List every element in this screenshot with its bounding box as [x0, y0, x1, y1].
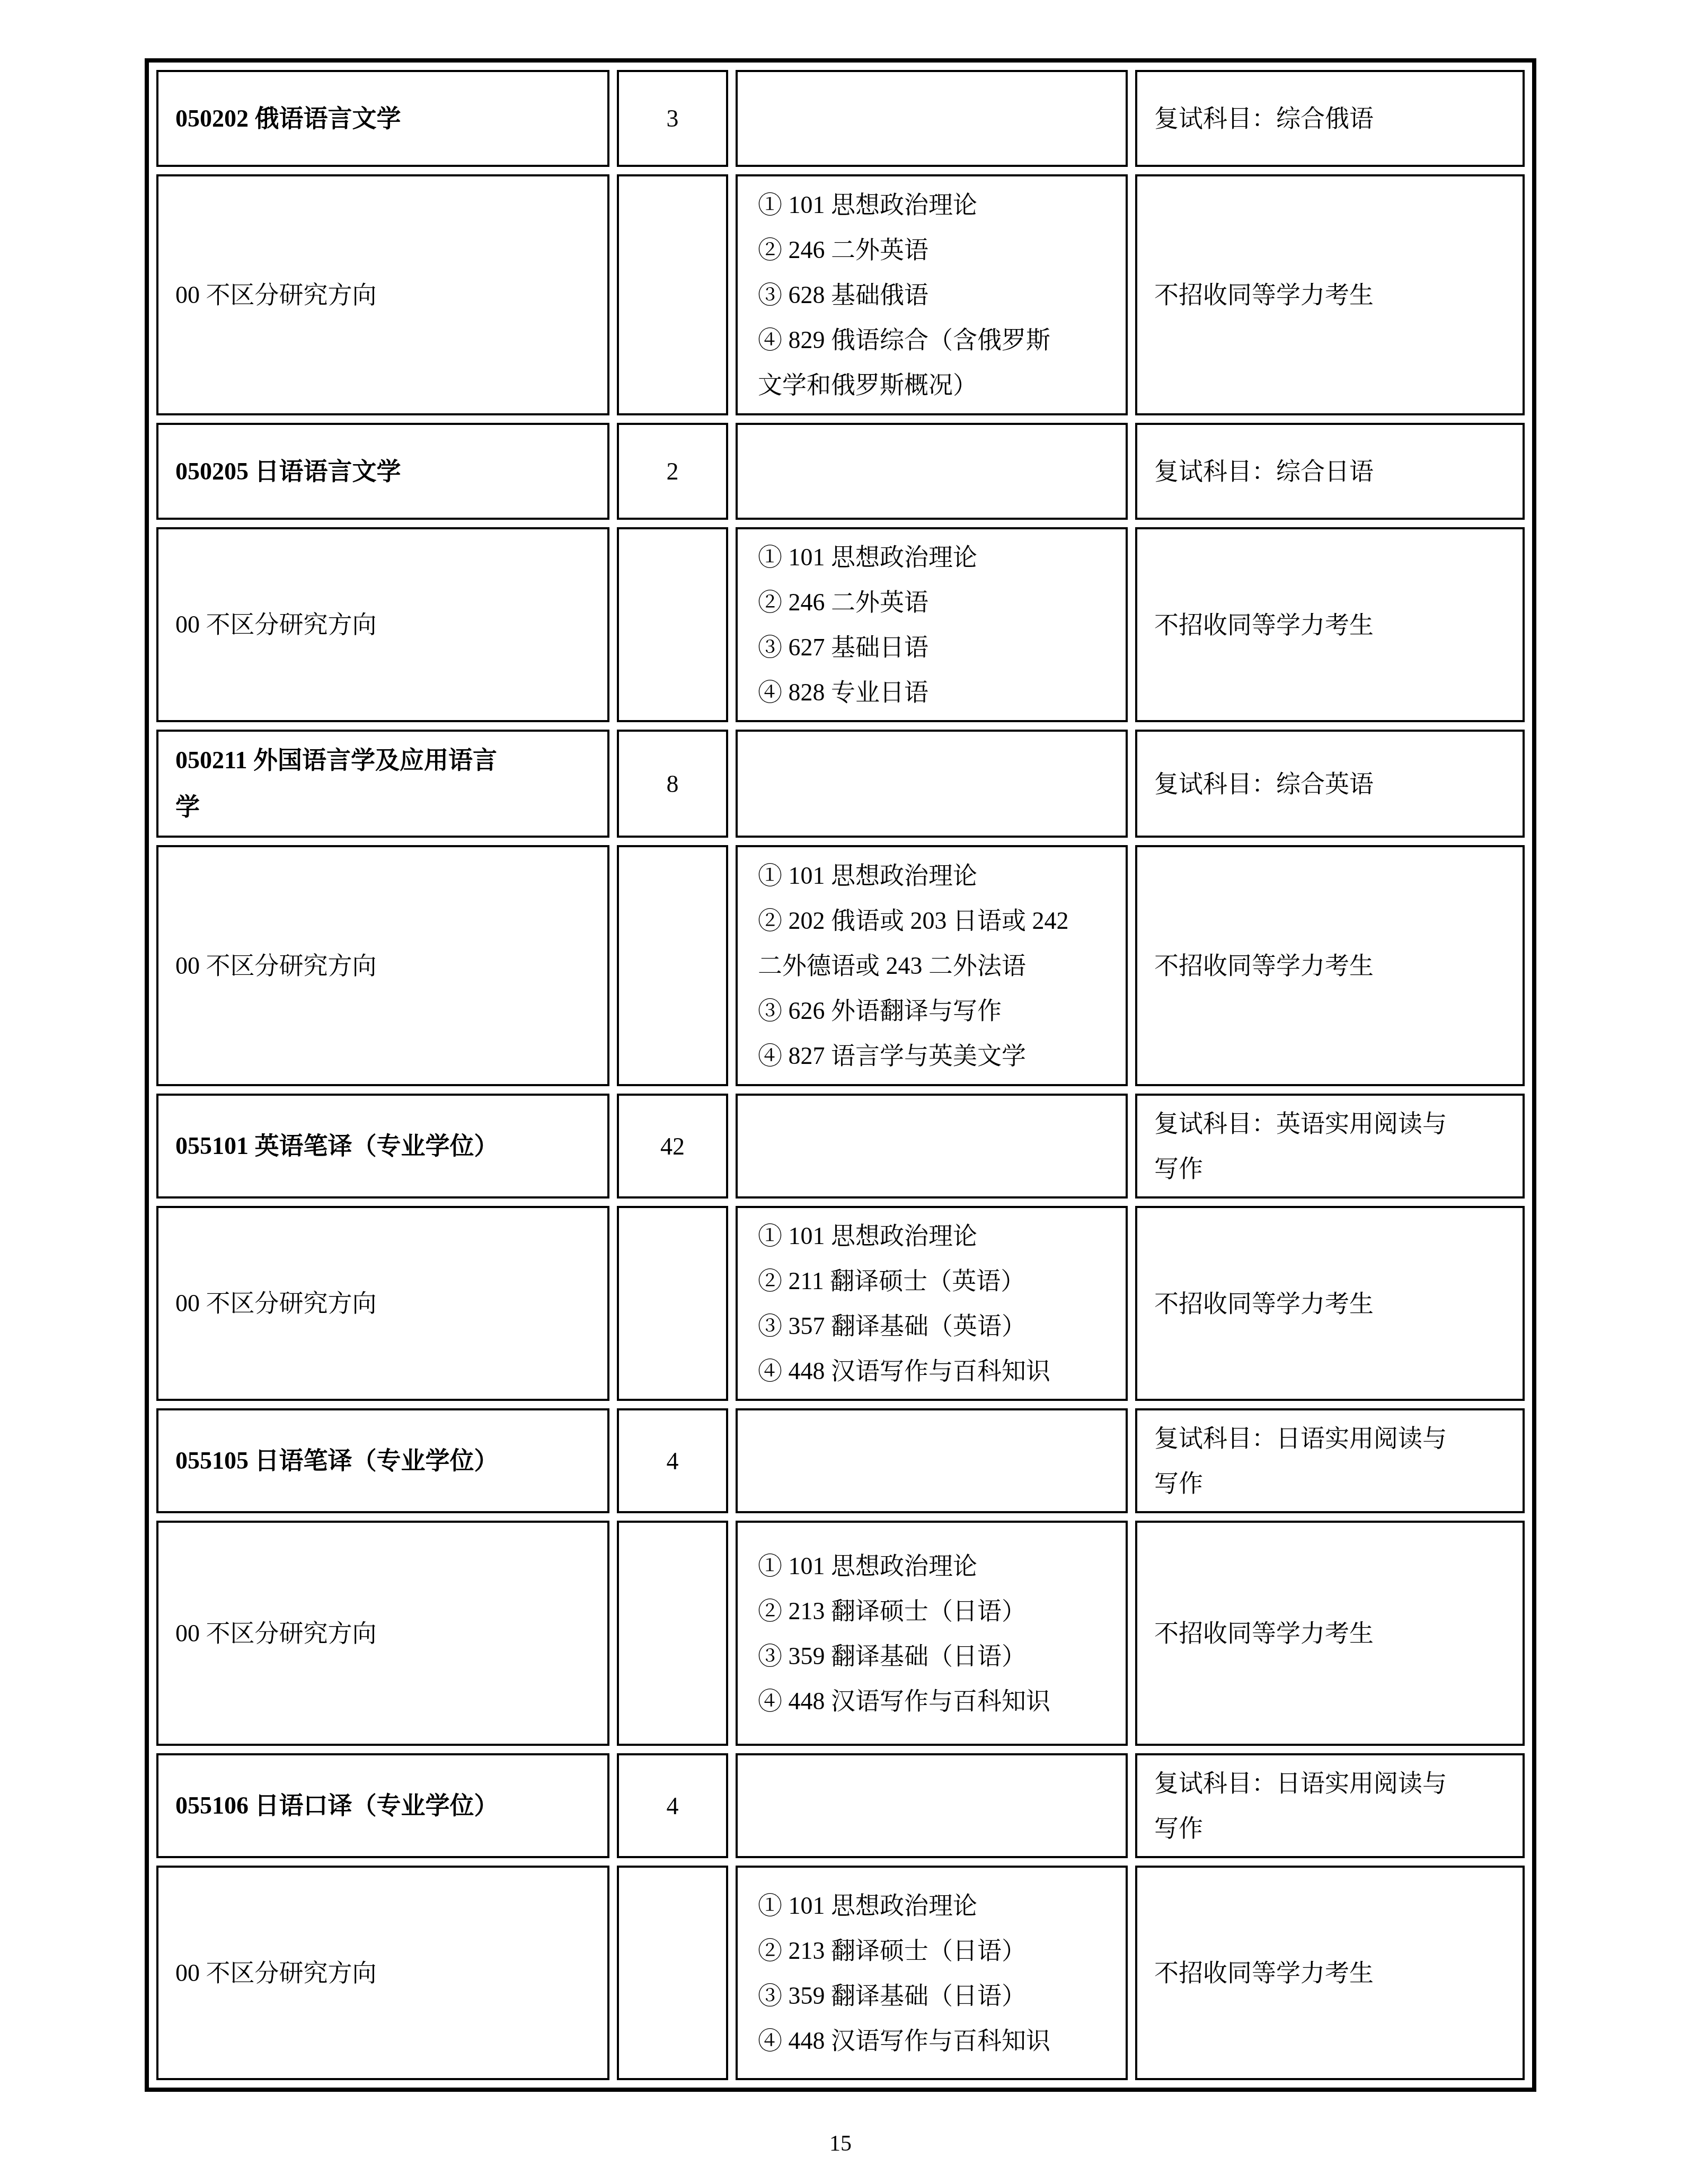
- subjects-cell: [736, 423, 1128, 520]
- subject-line: ② 211 翻译硕士（英语）: [758, 1258, 1113, 1303]
- direction-name-cell: 00 不区分研究方向: [156, 174, 609, 415]
- subjects-cell: ① 101 思想政治理论② 213 翻译硕士（日语）③ 359 翻译基础（日语）…: [736, 1521, 1128, 1746]
- table-row: 050202 俄语语言文学3复试科目：综合俄语: [156, 70, 1525, 167]
- document-page: 050202 俄语语言文学3复试科目：综合俄语00 不区分研究方向① 101 思…: [0, 58, 1681, 2184]
- subject-line: ③ 359 翻译基础（日语）: [758, 1973, 1113, 2018]
- subject-line: ② 246 二外英语: [758, 227, 1113, 272]
- subject-line: ④ 448 汉语写作与百科知识: [758, 2018, 1113, 2063]
- note-cell: 复试科目：综合日语: [1135, 423, 1525, 520]
- program-name-cell: 050205 日语语言文学: [156, 423, 609, 520]
- note-cell: 不招收同等学力考生: [1135, 1521, 1525, 1746]
- note-cell: 复试科目：综合英语: [1135, 730, 1525, 838]
- direction-name-cell: 00 不区分研究方向: [156, 845, 609, 1086]
- table-row: 055106 日语口译（专业学位）4复试科目：日语实用阅读与 写作: [156, 1753, 1525, 1858]
- quota-cell: [617, 1206, 728, 1401]
- subject-line: ② 246 二外英语: [758, 580, 1113, 625]
- table-row: 00 不区分研究方向① 101 思想政治理论② 246 二外英语③ 628 基础…: [156, 174, 1525, 415]
- subject-line: ① 101 思想政治理论: [758, 853, 1113, 898]
- quota-cell: [617, 527, 728, 722]
- subject-line: ② 213 翻译硕士（日语）: [758, 1928, 1113, 1973]
- subject-line: ④ 829 俄语综合（含俄罗斯 文学和俄罗斯概况）: [758, 317, 1113, 407]
- table-row: 00 不区分研究方向① 101 思想政治理论② 211 翻译硕士（英语）③ 35…: [156, 1206, 1525, 1401]
- program-name-cell: 050202 俄语语言文学: [156, 70, 609, 167]
- note-cell: 复试科目：英语实用阅读与 写作: [1135, 1094, 1525, 1198]
- subject-line: ③ 627 基础日语: [758, 625, 1113, 670]
- subjects-cell: ① 101 思想政治理论② 213 翻译硕士（日语）③ 359 翻译基础（日语）…: [736, 1866, 1128, 2080]
- program-name-cell: 050211 外国语言学及应用语言 学: [156, 730, 609, 838]
- page-number: 15: [0, 2133, 1681, 2155]
- direction-name-cell: 00 不区分研究方向: [156, 1521, 609, 1746]
- subject-line: ④ 827 语言学与英美文学: [758, 1033, 1113, 1078]
- subject-line: ② 202 俄语或 203 日语或 242 二外德语或 243 二外法语: [758, 898, 1113, 988]
- direction-name-cell: 00 不区分研究方向: [156, 1866, 609, 2080]
- quota-cell: 42: [617, 1094, 728, 1198]
- subject-line: ③ 359 翻译基础（日语）: [758, 1633, 1113, 1679]
- table-row: 055105 日语笔译（专业学位）4复试科目：日语实用阅读与 写作: [156, 1408, 1525, 1513]
- quota-cell: [617, 174, 728, 415]
- subject-line: ② 213 翻译硕士（日语）: [758, 1588, 1113, 1633]
- table-row: 050205 日语语言文学2复试科目：综合日语: [156, 423, 1525, 520]
- subject-line: ④ 828 专业日语: [758, 670, 1113, 715]
- quota-cell: 2: [617, 423, 728, 520]
- table-row: 00 不区分研究方向① 101 思想政治理论② 213 翻译硕士（日语）③ 35…: [156, 1866, 1525, 2080]
- program-name-cell: 055105 日语笔译（专业学位）: [156, 1408, 609, 1513]
- note-cell: 复试科目：日语实用阅读与 写作: [1135, 1753, 1525, 1858]
- subjects-cell: [736, 1753, 1128, 1858]
- note-cell: 复试科目：日语实用阅读与 写作: [1135, 1408, 1525, 1513]
- subjects-cell: ① 101 思想政治理论② 202 俄语或 203 日语或 242 二外德语或 …: [736, 845, 1128, 1086]
- subjects-cell: [736, 1408, 1128, 1513]
- subject-line: ① 101 思想政治理论: [758, 535, 1113, 580]
- subjects-cell: ① 101 思想政治理论② 211 翻译硕士（英语）③ 357 翻译基础（英语）…: [736, 1206, 1128, 1401]
- table-row: 050211 外国语言学及应用语言 学8复试科目：综合英语: [156, 730, 1525, 838]
- note-cell: 复试科目：综合俄语: [1135, 70, 1525, 167]
- quota-cell: 3: [617, 70, 728, 167]
- table-row: 00 不区分研究方向① 101 思想政治理论② 213 翻译硕士（日语）③ 35…: [156, 1521, 1525, 1746]
- note-cell: 不招收同等学力考生: [1135, 1206, 1525, 1401]
- subject-line: ④ 448 汉语写作与百科知识: [758, 1348, 1113, 1393]
- note-cell: 不招收同等学力考生: [1135, 1866, 1525, 2080]
- note-cell: 不招收同等学力考生: [1135, 845, 1525, 1086]
- subject-line: ① 101 思想政治理论: [758, 1213, 1113, 1258]
- table-row: 00 不区分研究方向① 101 思想政治理论② 202 俄语或 203 日语或 …: [156, 845, 1525, 1086]
- table-row: 00 不区分研究方向① 101 思想政治理论② 246 二外英语③ 627 基础…: [156, 527, 1525, 722]
- subject-line: ① 101 思想政治理论: [758, 1883, 1113, 1928]
- direction-name-cell: 00 不区分研究方向: [156, 527, 609, 722]
- subject-line: ④ 448 汉语写作与百科知识: [758, 1679, 1113, 1724]
- quota-cell: 8: [617, 730, 728, 838]
- program-name-cell: 055106 日语口译（专业学位）: [156, 1753, 609, 1858]
- subject-line: ① 101 思想政治理论: [758, 1543, 1113, 1588]
- admissions-table: 050202 俄语语言文学3复试科目：综合俄语00 不区分研究方向① 101 思…: [145, 58, 1536, 2092]
- subjects-cell: ① 101 思想政治理论② 246 二外英语③ 627 基础日语④ 828 专业…: [736, 527, 1128, 722]
- quota-cell: [617, 845, 728, 1086]
- quota-cell: 4: [617, 1753, 728, 1858]
- direction-name-cell: 00 不区分研究方向: [156, 1206, 609, 1401]
- note-cell: 不招收同等学力考生: [1135, 174, 1525, 415]
- subjects-cell: [736, 70, 1128, 167]
- subject-line: ① 101 思想政治理论: [758, 182, 1113, 227]
- table-row: 055101 英语笔译（专业学位）42复试科目：英语实用阅读与 写作: [156, 1094, 1525, 1198]
- subjects-cell: ① 101 思想政治理论② 246 二外英语③ 628 基础俄语④ 829 俄语…: [736, 174, 1128, 415]
- subject-line: ③ 626 外语翻译与写作: [758, 988, 1113, 1033]
- subjects-cell: [736, 730, 1128, 838]
- subject-line: ③ 628 基础俄语: [758, 272, 1113, 317]
- program-name-cell: 055101 英语笔译（专业学位）: [156, 1094, 609, 1198]
- quota-cell: [617, 1521, 728, 1746]
- quota-cell: 4: [617, 1408, 728, 1513]
- quota-cell: [617, 1866, 728, 2080]
- subjects-cell: [736, 1094, 1128, 1198]
- note-cell: 不招收同等学力考生: [1135, 527, 1525, 722]
- subject-line: ③ 357 翻译基础（英语）: [758, 1303, 1113, 1348]
